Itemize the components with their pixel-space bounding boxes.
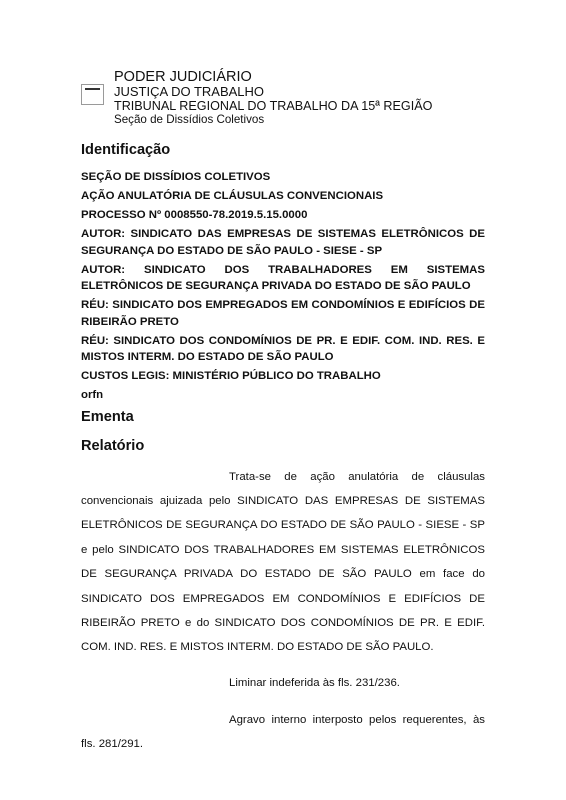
logo-mark [85, 88, 100, 90]
header-court: TRIBUNAL REGIONAL DO TRABALHO DA 15ª REG… [114, 99, 432, 113]
section-title-relatorio: Relatório [81, 437, 485, 455]
header-branch: JUSTIÇA DO TRABALHO [114, 85, 432, 99]
ident-defendant-2: RÉU: SINDICATO DOS CONDOMÍNIOS DE PR. E … [81, 333, 485, 366]
header-institution: PODER JUDICIÁRIO [114, 69, 432, 85]
ident-defendant-1: RÉU: SINDICATO DOS EMPREGADOS EM CONDOMÍ… [81, 297, 485, 330]
ident-orfn: orfn [81, 387, 485, 404]
relatorio-paragraph: Trata-se de ação anulatória de cláusulas… [81, 465, 485, 660]
relatorio-paragraph: Agravo interno interposto pelos requeren… [81, 708, 485, 757]
header-text: PODER JUDICIÁRIO JUSTIÇA DO TRABALHO TRI… [114, 69, 432, 127]
ident-author-1: AUTOR: SINDICATO DAS EMPRESAS DE SISTEMA… [81, 226, 485, 259]
document-body: Identificação SEÇÃO DE DISSÍDIOS COLETIV… [81, 141, 485, 768]
ident-author-2: AUTOR: SINDICATO DOS TRABALHADORES EM SI… [81, 262, 485, 295]
relatorio-paragraph: Liminar indeferida às fls. 231/236. [81, 671, 485, 695]
ident-action-type: AÇÃO ANULATÓRIA DE CLÁUSULAS CONVENCIONA… [81, 188, 485, 205]
ident-custos-legis: CUSTOS LEGIS: MINISTÉRIO PÚBLICO DO TRAB… [81, 368, 485, 385]
ident-section: SEÇÃO DE DISSÍDIOS COLETIVOS [81, 169, 485, 186]
identification-list: SEÇÃO DE DISSÍDIOS COLETIVOS AÇÃO ANULAT… [81, 169, 485, 404]
header-section: Seção de Dissídios Coletivos [114, 113, 432, 127]
section-title-identificacao: Identificação [81, 141, 485, 159]
section-title-ementa: Ementa [81, 408, 485, 426]
coat-of-arms-logo-icon [81, 84, 104, 105]
ident-process-number: PROCESSO Nº 0008550-78.2019.5.15.0000 [81, 207, 485, 224]
